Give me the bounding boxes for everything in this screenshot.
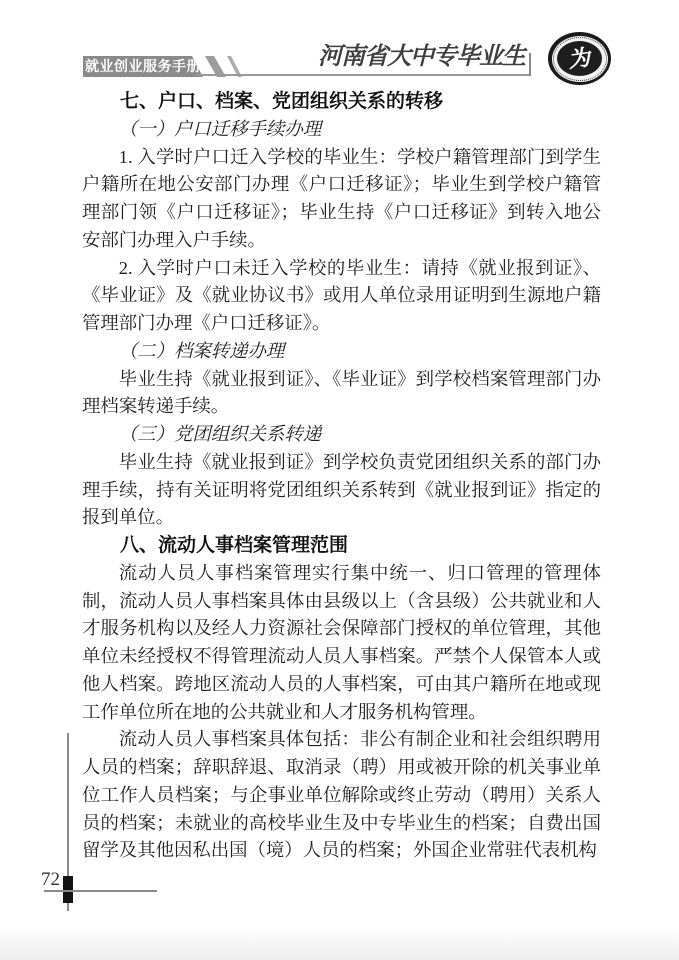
subsection-heading: （二）档案转递办理	[82, 338, 601, 366]
header-badge: 就业创业服务手册	[83, 56, 203, 77]
body-paragraph: 流动人员人事档案具体包括：非公有制企业和社会组织聘用人员的档案；辞职辞退、取消录…	[82, 726, 601, 865]
body-paragraph: 毕业生持《就业报到证》到学校负责党团组织关系的部门办理手续，持有关证明将党团组织…	[82, 449, 601, 532]
page-number: 72	[41, 869, 60, 891]
subsection-heading: （一）户口迁移手续办理	[82, 116, 601, 144]
section-heading: 七、户口、档案、党团组织关系的转移	[82, 88, 601, 116]
seal-logo-icon: 为	[548, 32, 611, 85]
header-rule	[196, 74, 530, 76]
section-heading: 八、流动人事档案管理范围	[82, 532, 601, 560]
scan-edge-shadow	[0, 926, 679, 960]
header-badge-label: 就业创业服务手册	[85, 58, 201, 74]
document-body: 七、户口、档案、党团组织关系的转移（一）户口迁移手续办理1. 入学时户口迁入学校…	[82, 88, 601, 865]
body-paragraph: 2. 入学时户口未迁入学校的毕业生：请持《就业报到证》、《毕业证》及《就业协议书…	[82, 255, 601, 338]
footer-horizontal-rule	[44, 890, 157, 892]
body-paragraph: 1. 入学时户口迁入学校的毕业生：学校户籍管理部门到学生户籍所在地公安部门办理《…	[82, 144, 601, 255]
subsection-heading: （三）党团组织关系转递	[82, 421, 601, 449]
seal-core: 为	[557, 41, 602, 76]
body-paragraph: 毕业生持《就业报到证》、《毕业证》到学校档案管理部门办理档案转递手续。	[82, 366, 601, 422]
scanned-handbook-page: 就业创业服务手册 河南省大中专毕业生 为 七、户口、档案、党团组织关系的转移（一…	[0, 0, 679, 960]
header-rule-end-tick	[529, 53, 531, 76]
body-paragraph: 流动人员人事档案管理实行集中统一、归口管理的管理体制，流动人员人事档案具体由县级…	[82, 560, 601, 727]
seal-glyph: 为	[567, 46, 592, 71]
masthead-title: 河南省大中专毕业生	[314, 41, 529, 73]
